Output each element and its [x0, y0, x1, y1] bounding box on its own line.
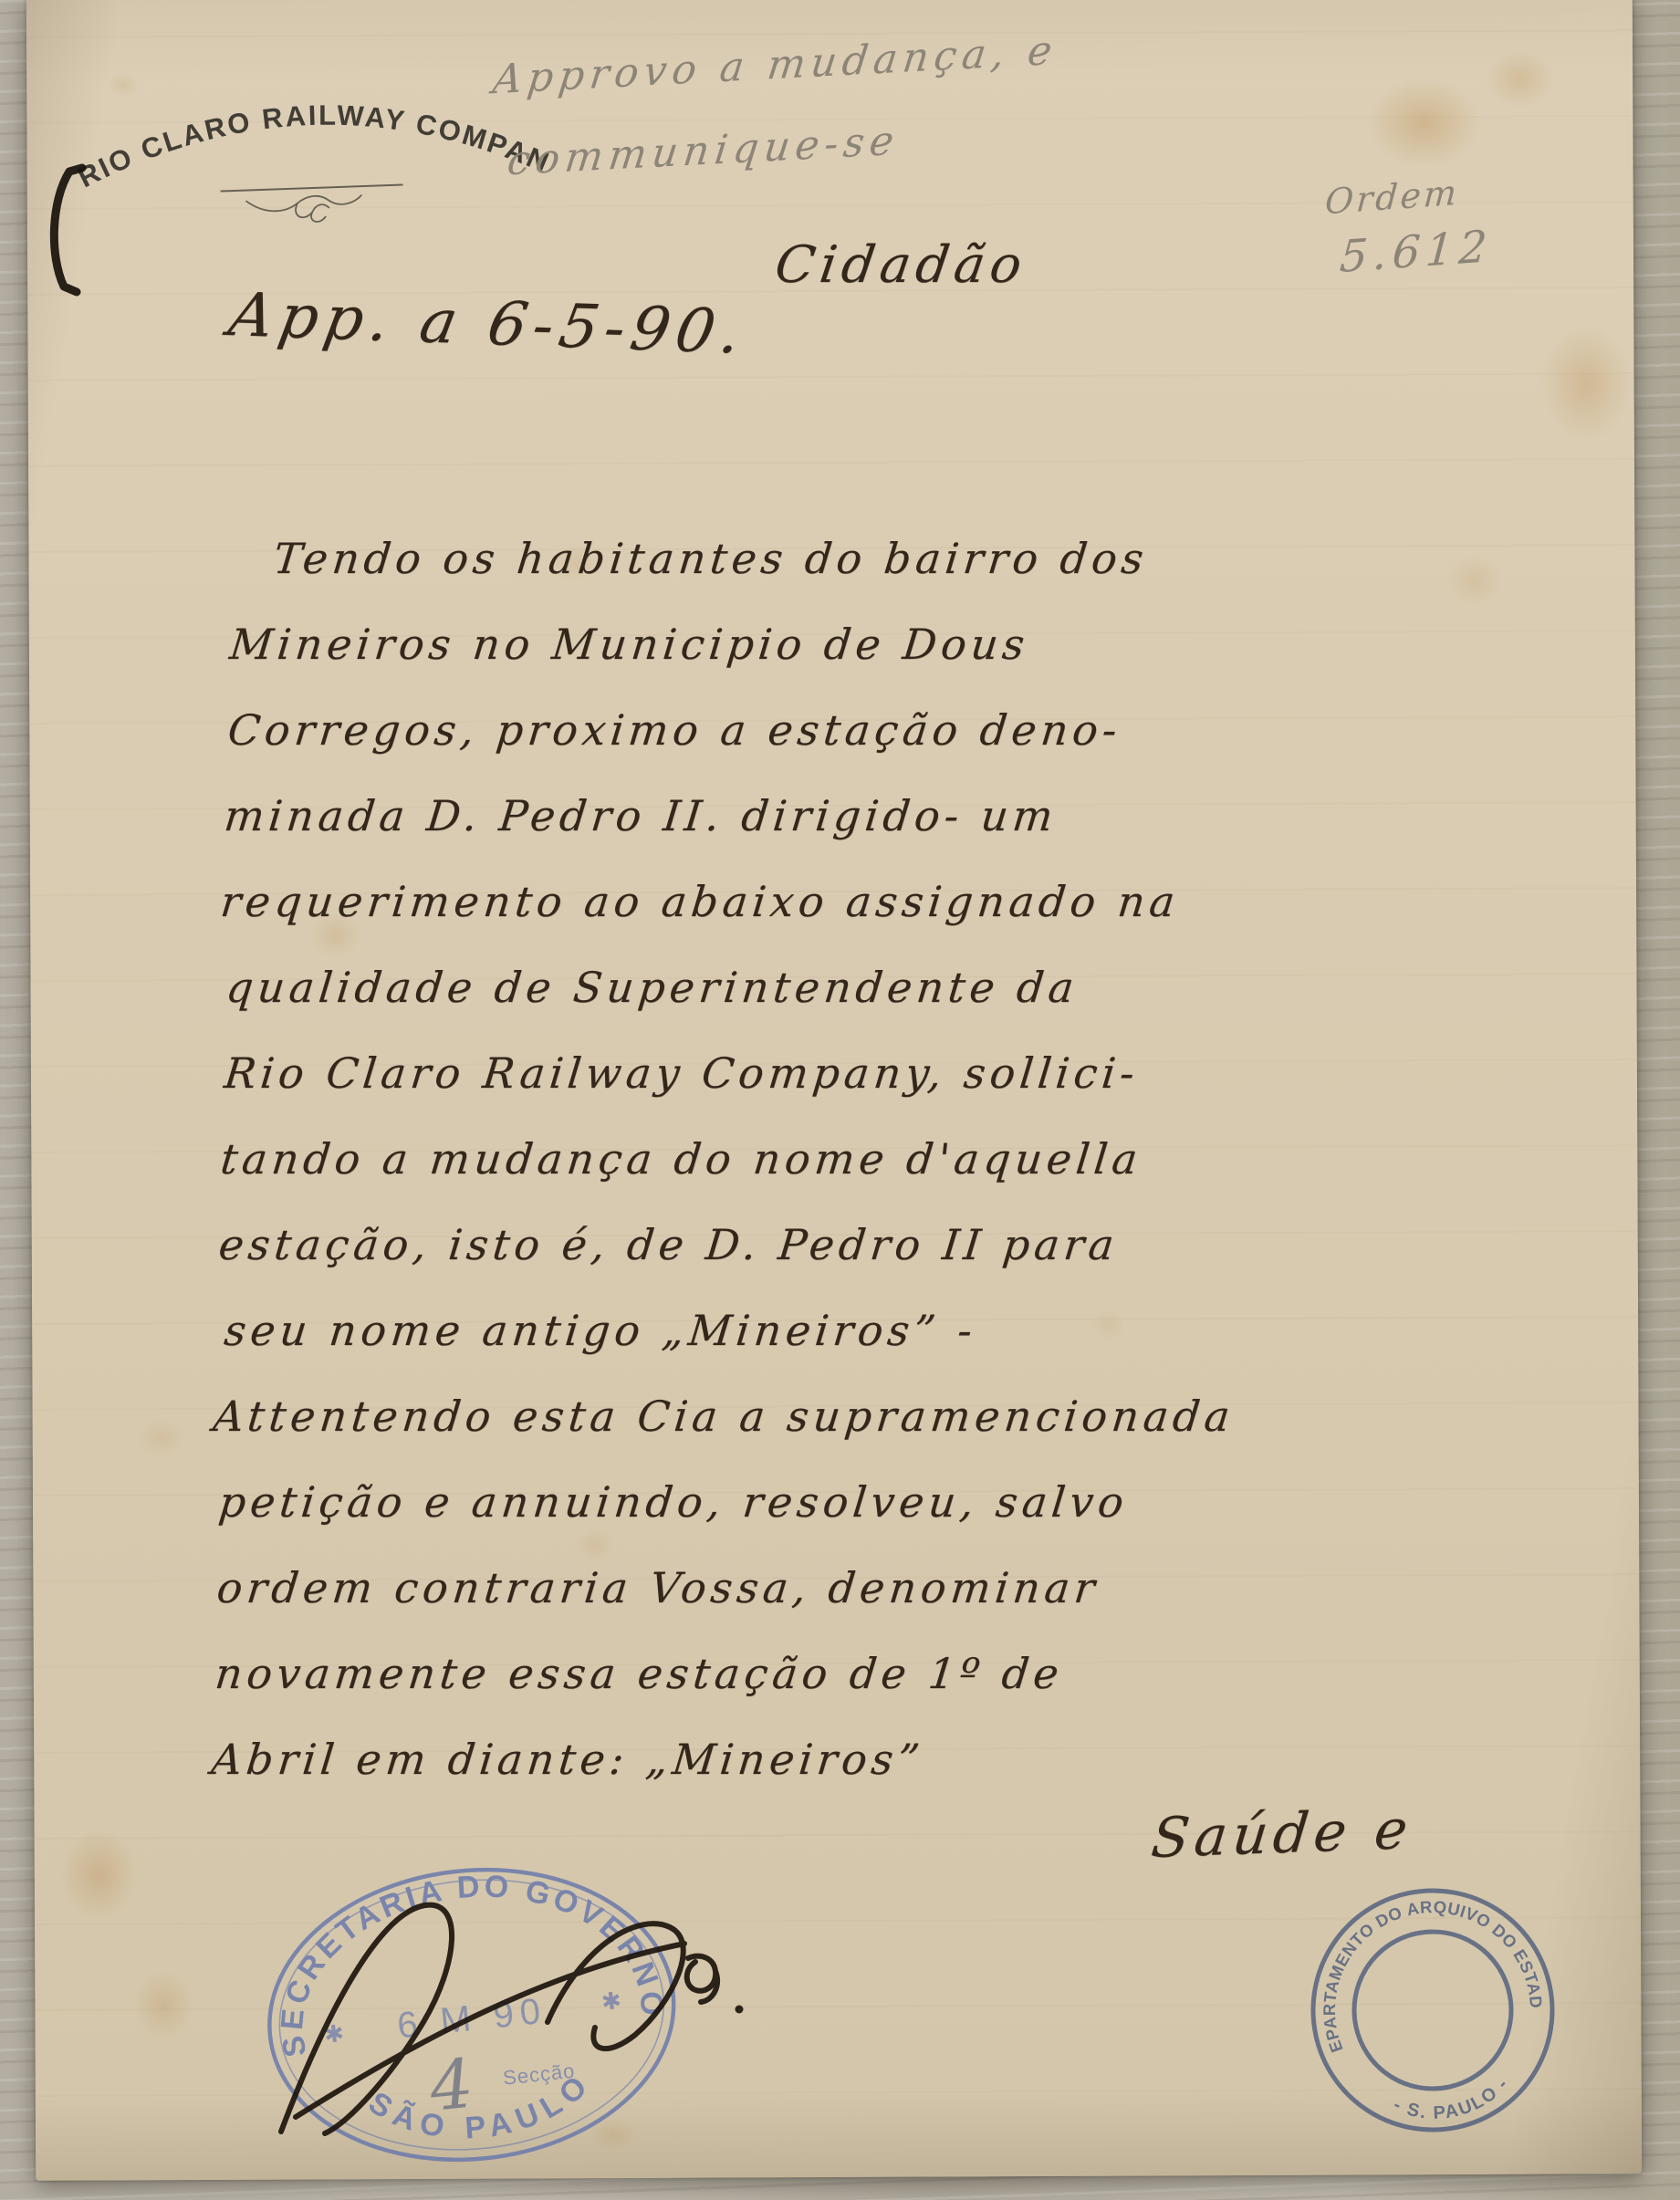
- salutation: Cidadão: [771, 235, 1030, 295]
- body-line-7: Rio Claro Railway Company, sollici-: [222, 1048, 1142, 1098]
- body-line-5: requerimento ao abaixo assignado na: [218, 877, 1182, 926]
- signature: [239, 1856, 805, 2157]
- body-line-14: novamente essa estação de 1º de: [213, 1649, 1065, 1698]
- letterhead: RIO CLARO RAILWAY COMPANY: [63, 52, 561, 243]
- body-line-4: minada D. Pedro II. dirigido- um: [222, 791, 1059, 840]
- body-line-12: petição e annuindo, resolveu, salvo: [216, 1477, 1131, 1527]
- body-line-8: tando a mudança do nome d'aquella: [218, 1134, 1144, 1183]
- signature-period-dot: [736, 2006, 744, 2014]
- margin-mark: [38, 166, 93, 294]
- body-line-2: Mineiros no Municipio de Dous: [227, 620, 1031, 669]
- ordem-number: 5.612: [1338, 221, 1494, 283]
- body-line-1: Tendo os habitantes do bairro dos: [271, 534, 1150, 583]
- body-line-6: qualidade de Superintendente da: [224, 963, 1080, 1012]
- body-line-13: ordem contraria Vossa, denominar: [214, 1563, 1101, 1612]
- body-line-10: seu nome antigo „Mineiros” -: [222, 1306, 979, 1355]
- body-line-11: Attentendo esta Cia a supramencionada: [211, 1392, 1237, 1441]
- photograph-frame: RIO CLARO RAILWAY COMPANY Approvo a muda…: [0, 0, 1680, 2200]
- letterhead-rule: [221, 185, 403, 192]
- closing-salute: Saúde e: [1148, 1798, 1415, 1871]
- body-line-3: Corregos, proximo a estação deno-: [225, 705, 1123, 755]
- letterhead-flourish-icon: [246, 194, 362, 224]
- body-line-15: Abril em diante: „Mineiros”: [209, 1735, 926, 1784]
- arquivo-stamp: DEPARTAMENTO DO ARQUIVO DO ESTADO - S. P…: [1276, 1853, 1590, 2167]
- body-line-9: estação, isto é, de D. Pedro II para: [216, 1220, 1121, 1269]
